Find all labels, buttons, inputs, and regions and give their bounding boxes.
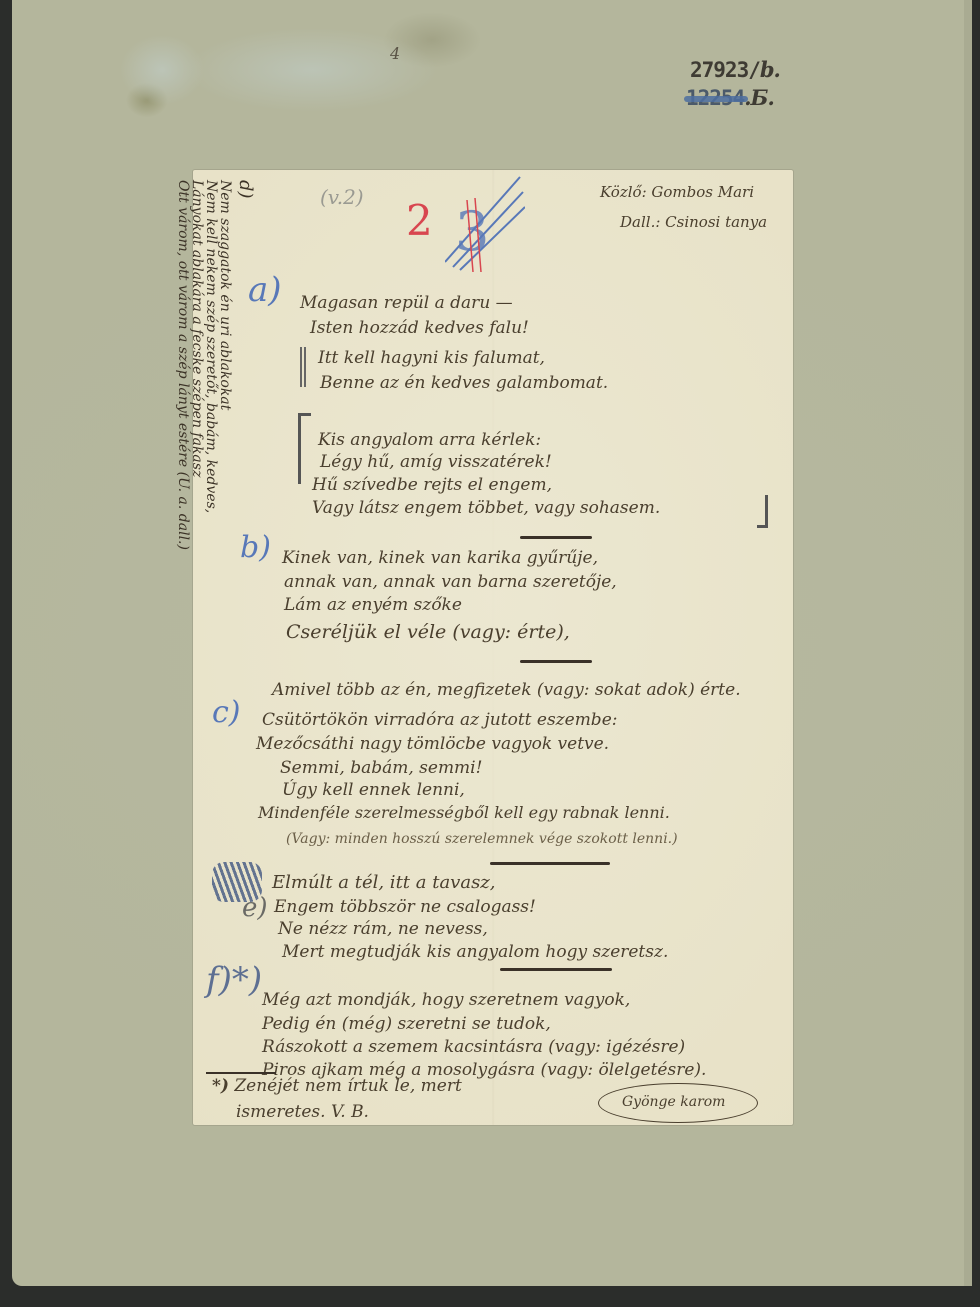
verse-line: Csütörtökön virradóra az jutott eszembe: — [262, 710, 617, 730]
section-divider — [520, 660, 592, 663]
old-number-struck: 12254 — [686, 86, 744, 110]
accession-number-main: 27923/ — [690, 58, 760, 82]
footnote-marker: *) — [212, 1076, 229, 1096]
verse-line: Légy hű, amíg visszatérek! — [320, 452, 552, 472]
section-divider — [490, 862, 610, 865]
margin-verse-d: d) Nem szaggatok én uri ablakokat Nem ke… — [176, 180, 252, 550]
section-label-f: f)*) — [206, 960, 262, 1000]
section-label-b: b) — [240, 530, 271, 565]
margin-line: Ott várom, ott várom a szép lányt estére… — [176, 180, 190, 550]
melody-note: Dall.: Csinosi tanya — [620, 212, 767, 232]
accession-number-suffix: b. — [760, 57, 780, 82]
margin-label: d) — [232, 180, 252, 550]
manuscript-sheet — [193, 170, 793, 1125]
footnote-line: ismeretes. V. B. — [236, 1102, 369, 1122]
verse-line: Amivel több az én, megfizetek (vagy: sok… — [272, 680, 741, 700]
section-label-c: c) — [212, 695, 241, 730]
section-label-a: a) — [248, 270, 282, 310]
verse-line: Hű szívedbe rejts el engem, — [312, 475, 552, 495]
repeat-mark — [300, 347, 308, 387]
section-divider — [500, 968, 612, 971]
verse-line: Engem többször ne csalogass! — [274, 897, 536, 917]
old-accession-number: 12254.Б. — [686, 85, 774, 110]
bracket-close — [757, 495, 768, 528]
footnote-line: *) Zenéjét nem írtuk le, mert — [212, 1076, 462, 1096]
accession-number: 27923/b. — [690, 58, 780, 82]
bracket-open — [298, 413, 311, 484]
old-number-suffix: .Б. — [744, 85, 774, 110]
verse-line: Kis angyalom arra kérlek: — [318, 430, 541, 450]
verse-line: Mindenféle szerelmességből kell egy rabn… — [258, 803, 670, 823]
verse-line: Magasan repül a daru — — [300, 293, 513, 313]
footnote-rule — [206, 1072, 276, 1074]
verse-line: Úgy kell ennek lenni, — [282, 780, 465, 800]
red-page-number: 2 — [406, 196, 433, 245]
pencil-mark: 4 — [390, 44, 400, 63]
section-label-e: e) — [242, 893, 268, 923]
verse-line: Cseréljük el véle (vagy: érte), — [286, 622, 570, 642]
verse-line: Semmi, babám, semmi! — [280, 758, 482, 778]
verse-line: Itt kell hagyni kis falumat, — [318, 348, 545, 368]
verse-line: Isten hozzád kedves falu! — [310, 318, 529, 338]
footnote-text: Zenéjét nem írtuk le, mert — [234, 1076, 461, 1096]
verse-line: Elmúlt a tél, itt a tavasz, — [272, 873, 496, 893]
section-divider — [520, 536, 592, 539]
variant-note: (Vagy: minden hosszú szerelemnek vége sz… — [286, 829, 678, 849]
verse-line: Mezőcsáthi nagy tömlöcbe vagyok vetve. — [256, 734, 609, 754]
margin-line: Nem kell nekem szép szeretőt, babám, ked… — [204, 180, 218, 550]
verse-line: Mert megtudják kis angyalom hogy szerets… — [282, 942, 668, 962]
verse-line: annak van, annak van barna szeretője, — [284, 572, 617, 592]
margin-line: Nem szaggatok én uri ablakokat — [218, 180, 232, 550]
verse-line: Lám az enyém szőke — [284, 595, 462, 615]
verse-line: Még azt mondják, hogy szeretnem vagyok, — [262, 990, 630, 1010]
struck-page-number: 3 — [445, 172, 525, 272]
signature: Gyönge karom — [622, 1092, 725, 1112]
pencil-page-number: (v.2) — [320, 185, 364, 209]
mount-edge — [964, 0, 972, 1286]
verse-line: Ne nézz rám, ne nevess, — [278, 919, 488, 939]
verse-line: Kinek van, kinek van karika gyűrűje, — [282, 548, 598, 568]
margin-line: Lányokat ablakára a fecske szépen fakasz — [190, 180, 204, 550]
strikethrough-scribble-icon: 3 — [445, 172, 525, 272]
verse-line: Vagy látsz engem többet, vagy sohasem. — [312, 498, 660, 518]
collector-note: Közlő: Gombos Mari — [600, 182, 754, 202]
verse-line: Benne az én kedves galambomat. — [320, 373, 608, 393]
verse-line: Pedig én (még) szeretni se tudok, — [262, 1014, 551, 1034]
verse-line: Rászokott a szemem kacsintásra (vagy: ig… — [262, 1037, 685, 1057]
